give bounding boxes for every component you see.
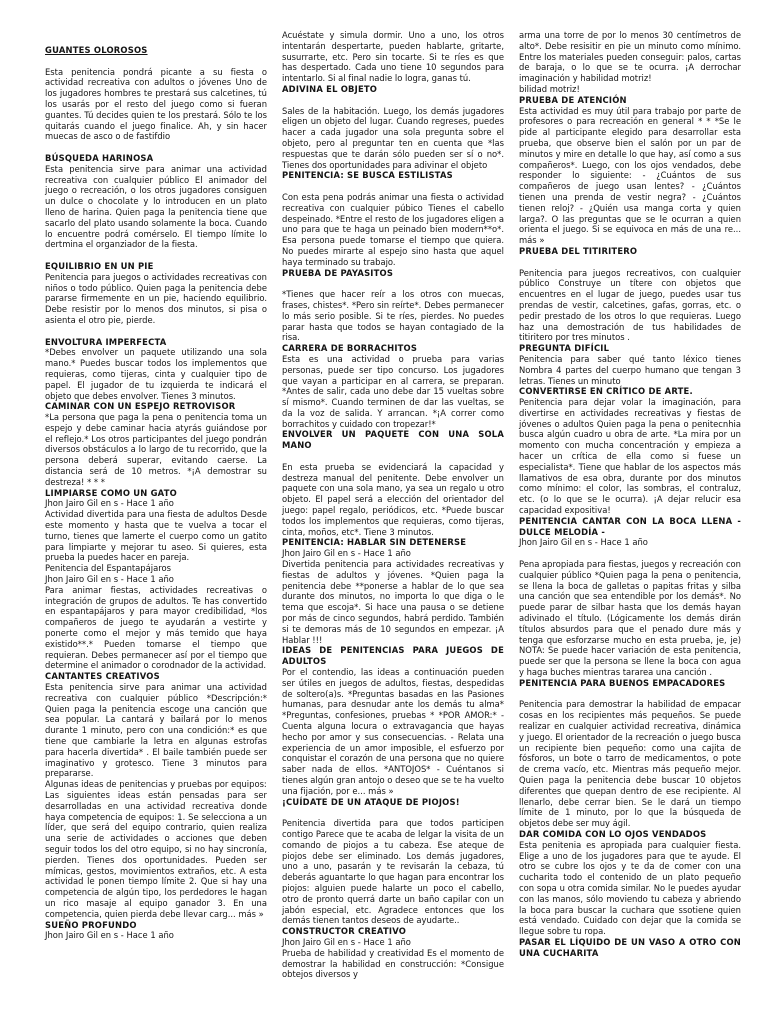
paragraph: Esta penitencia pondrá picante a su fies…: [45, 67, 267, 143]
section-heading: CARRERA DE BORRACHITOS: [282, 343, 504, 354]
section-heading: PENITENCIA: SE BUSCA ESTILISTAS: [282, 170, 504, 181]
text-column-1: GUANTES OLOROSOSEsta penitencia pondrá p…: [45, 30, 267, 1024]
section-heading: ENVOLTURA IMPERFECTA: [45, 337, 267, 348]
section-heading: GUANTES OLOROSOS: [45, 45, 267, 56]
document-page: GUANTES OLOROSOSEsta penitencia pondrá p…: [0, 0, 768, 1024]
paragraph: Penitencia para dejar volar la imaginaci…: [519, 397, 741, 516]
paragraph: Penitencia divertida para que todos part…: [282, 818, 504, 926]
section-heading: CANTANTES CREATIVOS: [45, 671, 267, 682]
paragraph: Penitencia para juegos recreativos, con …: [519, 268, 741, 344]
text-column-3: arma una torre de por lo menos 30 centím…: [519, 30, 741, 1024]
text-column-2: Acuéstate y simula dormir. Uno a uno, lo…: [282, 30, 504, 1024]
paragraph: Con esta pena podrás animar una fiesta o…: [282, 192, 504, 268]
paragraph: Sales de la habitación. Luego, los demás…: [282, 106, 504, 171]
paragraph: Esta penitencia sirve para animar una ac…: [45, 682, 267, 779]
section-heading: LIMPIARSE COMO UN GATO: [45, 488, 267, 499]
section-heading: ¡CUÍDATE DE UN ATAQUE DE PIOJOS!: [282, 797, 504, 808]
paragraph: Prueba de habilidad y creatividad Es el …: [282, 948, 504, 980]
section-heading: PASAR EL LÍQUIDO DE UN VASO A OTRO CON U…: [519, 937, 741, 959]
paragraph: Acuéstate y simula dormir. Uno a uno, lo…: [282, 30, 504, 84]
paragraph: Para animar fiestas, actividades recreat…: [45, 585, 267, 671]
author-byline: Jhon Jairo Gil en s - Hace 1 año: [45, 930, 267, 941]
section-heading: PRUEBA DE PAYASITOS: [282, 268, 504, 279]
paragraph: Algunas ideas de penitencias y pruebas p…: [45, 779, 267, 790]
section-heading: BÚSQUEDA HARINOSA: [45, 153, 267, 164]
paragraph: Divertida penitencia para actividades re…: [282, 559, 504, 645]
text-line: bilidad motriz!: [519, 84, 741, 95]
section-heading: DAR COMIDA CON LO OJOS VENDADOS: [519, 829, 741, 840]
paragraph: Penitencia para demostrar la habilidad d…: [519, 699, 741, 829]
paragraph: *La persona que paga la pena o penitenci…: [45, 412, 267, 488]
author-byline: Jhon Jairo Gil en s - Hace 1 año: [282, 548, 504, 559]
paragraph: Esta penitenia es apropiada para cualqui…: [519, 840, 741, 937]
section-heading: ENVOLVER UN PAQUETE CON UNA SOLA MANO: [282, 429, 504, 451]
author-byline: Jhon Jairo Gil en s - Hace 1 año: [45, 574, 267, 585]
paragraph: Por el contendio, las ideas a continuaci…: [282, 667, 504, 797]
paragraph: arma una torre de por lo menos 30 centím…: [519, 30, 741, 84]
paragraph: Penitencia para saber qué tanto léxico t…: [519, 354, 741, 386]
paragraph: Las siguientes ideas están pensadas para…: [45, 790, 267, 920]
section-heading: EQUILIBRIO EN UN PIE: [45, 261, 267, 272]
author-byline: Jhon Jairo Gil en s - Hace 1 año: [282, 937, 504, 948]
section-heading: PRUEBA DE ATENCIÓN: [519, 95, 741, 106]
paragraph: Actividad divertida para una fiesta de a…: [45, 509, 267, 563]
paragraph: Esta es una actividad o prueba para vari…: [282, 354, 504, 430]
section-heading: ADIVINA EL OBJETO: [282, 84, 504, 95]
author-byline: Jhon Jairo Gil en s - Hace 1 año: [519, 537, 741, 548]
section-heading: PENITENCIA: HABLAR SIN DETENERSE: [282, 537, 504, 548]
section-heading: SUEÑO PROFUNDO: [45, 920, 267, 931]
section-heading: PENITENCIA PARA BUENOS EMPACADORES: [519, 678, 741, 689]
author-byline: Jhon Jairo Gil en s - Hace 1 año: [45, 498, 267, 509]
paragraph: Esta actividad es muy útil para trabajo …: [519, 106, 741, 246]
section-heading: CONSTRUCTOR CREATIVO: [282, 926, 504, 937]
section-heading: PRUEBA DEL TITIRITERO: [519, 246, 741, 257]
section-heading: PENITENCIA CANTAR CON LA BOCA LLENA - DU…: [519, 516, 741, 538]
text-line: Penitencia del Espantapájaros: [45, 563, 267, 574]
section-heading: IDEAS DE PENITENCIAS PARA JUEGOS DE ADUL…: [282, 645, 504, 667]
paragraph: Esta penitencia sirve para animar una ac…: [45, 164, 267, 250]
section-heading: PREGUNTA DIFÍCIL: [519, 343, 741, 354]
paragraph: Penitencia para juegos o actividades rec…: [45, 272, 267, 326]
section-heading: CONVERTIRSE EN CRÍTICO DE ARTE.: [519, 386, 741, 397]
paragraph: En esta prueba se evidenciará la capacid…: [282, 462, 504, 538]
section-heading: CAMINAR CON UN ESPEJO RETROVISOR: [45, 401, 267, 412]
paragraph: *Debes envolver un paquete utilizando un…: [45, 347, 267, 401]
paragraph: Pena apropiada para fiestas, juegos y re…: [519, 559, 741, 678]
paragraph: *Tienes que hacer reír a los otros con m…: [282, 289, 504, 343]
